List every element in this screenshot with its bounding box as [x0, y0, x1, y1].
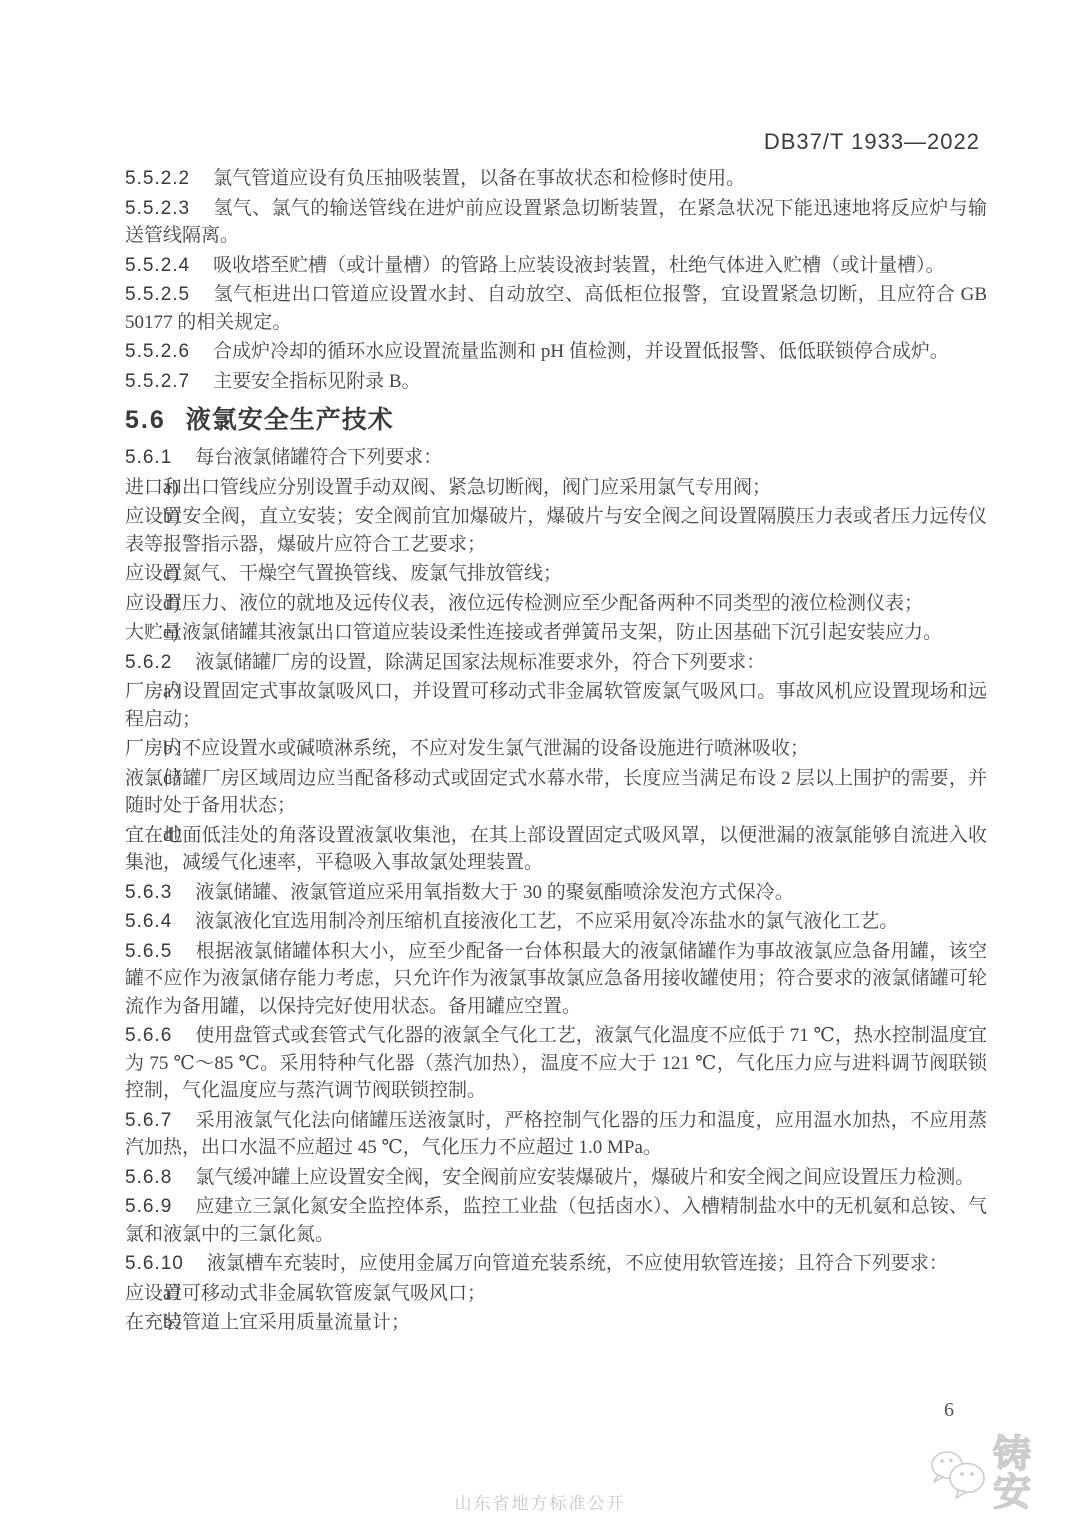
- list-item-b: b）厂房内不应设置水或碱喷淋系统，不应对发生氯气泄漏的设备设施进行喷淋吸收；: [125, 735, 987, 763]
- list-marker: b): [163, 503, 181, 531]
- clause-number: 5.5.2.5: [125, 284, 190, 305]
- list-item-text: 宜在地面低洼处的角落设置液氯收集池，在其上部设置固定式吸风罩，以便泄漏的液氯能够…: [125, 825, 987, 874]
- clause-text: 氢气柜进出口管道应设置水封、自动放空、高低柜位报警，宜设置紧急切断，且应符合 G…: [125, 284, 987, 333]
- clause-text: 应建立三氯化氮安全监控体系，监控工业盐（包括卤水）、入槽精制盐水中的无机氨和总铵…: [125, 1196, 987, 1245]
- list-item-b: b）在充装管道上宜采用质量流量计；: [125, 1309, 987, 1337]
- clause-5-6-1: 5.6.1每台液氯储罐符合下列要求：: [125, 444, 987, 472]
- list-marker: a）: [163, 678, 192, 706]
- watermark-logo: 铸安: [925, 1443, 1065, 1505]
- clause-5-6-6: 5.6.6使用盘管式或套管式气化器的液氯全气化工艺，液氯气化温度不应低于 71 …: [125, 1022, 987, 1105]
- list-item-text: 厂房内不应设置水或碱喷淋系统，不应对发生氯气泄漏的设备设施进行喷淋吸收；: [125, 738, 809, 759]
- clause-number: 5.6.1: [125, 447, 172, 468]
- clause-5-6-8: 5.6.8氯气缓冲罐上应设置安全阀，安全阀前应安装爆破片，爆破片和安全阀之间应设…: [125, 1164, 987, 1192]
- clause-number: 5.6.10: [125, 1253, 184, 1274]
- clause-text: 液氯槽车充装时，应使用金属万向管道充装系统，不应使用软管连接；且符合下列要求：: [207, 1253, 948, 1274]
- clause-number: 5.5.2.3: [125, 198, 190, 219]
- clause-5-6-2: 5.6.2液氯储罐厂房的设置，除满足国家法规标准要求外，符合下列要求：: [125, 649, 987, 677]
- clause-5-5-2-4: 5.5.2.4吸收塔至贮槽（或计量槽）的管路上应装设液封装置，杜绝气体进入贮槽（…: [125, 252, 987, 280]
- clause-text: 合成炉冷却的循环水应设置流量监测和 pH 值检测，并设置低报警、低低联锁停合成炉…: [213, 341, 949, 362]
- list-marker: a）: [163, 1280, 192, 1308]
- clause-5-6-4: 5.6.4液氯液化宜选用制冷剂压缩机直接液化工艺，不应采用氨冷冻盐水的氯气液化工…: [125, 908, 987, 936]
- clause-number: 5.6.8: [125, 1167, 172, 1188]
- clause-5-5-2-2: 5.5.2.2氯气管道应设有负压抽吸装置，以备在事故状态和检修时使用。: [125, 165, 987, 193]
- list-item-a: a)进口和出口管线应分别设置手动双阀、紧急切断阀，阀门应采用氯气专用阀；: [125, 474, 987, 502]
- clause-5-6-10: 5.6.10液氯槽车充装时，应使用金属万向管道充装系统，不应使用软管连接；且符合…: [125, 1250, 987, 1278]
- list-item-c: c）液氯储罐厂房区域周边应当配备移动式或固定式水幕水带，长度应当满足布设 2 层…: [125, 765, 987, 820]
- list-marker: b）: [163, 735, 194, 763]
- list-item-e: e)大贮量液氯储罐其液氯出口管道应装设柔性连接或者弹簧吊支架，防止因基础下沉引起…: [125, 619, 987, 647]
- list-marker: e): [163, 619, 180, 647]
- chat-bubbles-icon: [925, 1445, 989, 1503]
- section-title: 液氯安全生产技术: [186, 406, 394, 434]
- clause-5-6-9: 5.6.9应建立三氯化氮安全监控体系，监控工业盐（包括卤水）、入槽精制盐水中的无…: [125, 1193, 987, 1248]
- list-item-c: c)应设置氮气、干燥空气置换管线、废氯气排放管线；: [125, 560, 987, 588]
- clause-text: 每台液氯储罐符合下列要求：: [195, 447, 442, 468]
- clause-number: 5.6.7: [125, 1110, 172, 1131]
- list-item-a: a）厂房内设置固定式事故氯吸风口，并设置可移动式非金属软管废氯气吸风口。事故风机…: [125, 678, 987, 733]
- clause-number: 5.6.5: [125, 941, 172, 962]
- list-item-text: 应设置氮气、干燥空气置换管线、废氯气排放管线；: [125, 563, 562, 584]
- list-marker: a): [163, 474, 180, 502]
- clause-number: 5.6.4: [125, 911, 172, 932]
- clause-number: 5.6.2: [125, 652, 172, 673]
- clause-text: 根据液氯储罐体积大小，应至少配备一台体积最大的液氯储罐作为事故液氯应急备用罐，该…: [125, 941, 987, 1017]
- list-item-d: d）宜在地面低洼处的角落设置液氯收集池，在其上部设置固定式吸风罩，以便泄漏的液氯…: [125, 822, 987, 877]
- list-marker: c）: [163, 765, 192, 793]
- clause-number: 5.6.6: [125, 1025, 172, 1046]
- list-item-d: d)应设置压力、液位的就地及远传仪表，液位远传检测应至少配备两种不同类型的液位检…: [125, 590, 987, 618]
- clause-text: 吸收塔至贮槽（或计量槽）的管路上应装设液封装置，杜绝气体进入贮槽（或计量槽）。: [213, 255, 945, 276]
- clause-5-6-7: 5.6.7采用液氯气化法向储罐压送液氯时，严格控制气化器的压力和温度，应用温水加…: [125, 1107, 987, 1162]
- list-item-text: 进口和出口管线应分别设置手动双阀、紧急切断阀，阀门应采用氯气专用阀；: [125, 477, 771, 498]
- clause-5-5-2-7: 5.5.2.7主要安全指标见附录 B。: [125, 368, 987, 396]
- clause-number: 5.5.2.2: [125, 168, 190, 189]
- list-item-b: b)应设置安全阀，直立安装；安全阀前宜加爆破片，爆破片与安全阀之间设置隔膜压力表…: [125, 503, 987, 558]
- list-item-a: a）应设置可移动式非金属软管废氯气吸风口；: [125, 1280, 987, 1308]
- list-marker: d): [163, 590, 181, 618]
- list-item-text: 应设置压力、液位的就地及远传仪表，液位远传检测应至少配备两种不同类型的液位检测仪…: [125, 593, 923, 614]
- clause-text: 氯气管道应设有负压抽吸装置，以备在事故状态和检修时使用。: [213, 168, 745, 189]
- clause-number: 5.6.9: [125, 1196, 172, 1217]
- clause-5-6-3: 5.6.3液氯储罐、液氯管道应采用氧指数大于 30 的聚氨酯喷涂发泡方式保冷。: [125, 879, 987, 907]
- clause-5-6-5: 5.6.5根据液氯储罐体积大小，应至少配备一台体积最大的液氯储罐作为事故液氯应急…: [125, 938, 987, 1021]
- footer-disclosure: 山东省地方标准公开: [0, 1489, 1080, 1514]
- clause-text: 氯气缓冲罐上应设置安全阀，安全阀前应安装爆破片，爆破片和安全阀之间应设置压力检测…: [195, 1167, 974, 1188]
- clause-5-5-2-3: 5.5.2.3氢气、氯气的输送管线在进炉前应设置紧急切断装置，在紧急状况下能迅速…: [125, 195, 987, 250]
- list-item-text: 应设置安全阀，直立安装；安全阀前宜加爆破片，爆破片与安全阀之间设置隔膜压力表或者…: [125, 506, 987, 555]
- list-marker: c): [163, 560, 180, 588]
- document-body: 5.5.2.2氯气管道应设有负压抽吸装置，以备在事故状态和检修时使用。 5.5.…: [125, 165, 987, 1337]
- clause-number: 5.5.2.4: [125, 255, 190, 276]
- clause-text: 液氯储罐、液氯管道应采用氧指数大于 30 的聚氨酯喷涂发泡方式保冷。: [195, 882, 794, 903]
- clause-text: 氢气、氯气的输送管线在进炉前应设置紧急切断装置，在紧急状况下能迅速地将反应炉与输…: [125, 198, 987, 247]
- section-number: 5.6: [125, 406, 166, 434]
- clause-text: 主要安全指标见附录 B。: [213, 371, 420, 392]
- clause-number: 5.5.2.7: [125, 371, 190, 392]
- clause-text: 液氯液化宜选用制冷剂压缩机直接液化工艺，不应采用氨冷冻盐水的氯气液化工艺。: [195, 911, 898, 932]
- list-item-text: 大贮量液氯储罐其液氯出口管道应装设柔性连接或者弹簧吊支架，防止因基础下沉引起安装…: [125, 622, 942, 643]
- clause-text: 使用盘管式或套管式气化器的液氯全气化工艺，液氯气化温度不应低于 71 ℃，热水控…: [125, 1025, 987, 1101]
- page-number: 6: [944, 1399, 954, 1422]
- document-page: DB37/T 1933—2022 5.5.2.2氯气管道应设有负压抽吸装置，以备…: [0, 0, 1080, 1527]
- list-item-text: 厂房内设置固定式事故氯吸风口，并设置可移动式非金属软管废氯气吸风口。事故风机应设…: [125, 681, 987, 730]
- clause-5-5-2-6: 5.5.2.6合成炉冷却的循环水应设置流量监测和 pH 值检测，并设置低报警、低…: [125, 338, 987, 366]
- clause-number: 5.6.3: [125, 882, 172, 903]
- watermark-text: 铸安: [993, 1436, 1065, 1512]
- list-marker: d）: [163, 822, 194, 850]
- clause-text: 液氯储罐厂房的设置，除满足国家法规标准要求外，符合下列要求：: [195, 652, 765, 673]
- clause-number: 5.5.2.6: [125, 341, 190, 362]
- clause-5-5-2-5: 5.5.2.5氢气柜进出口管道应设置水封、自动放空、高低柜位报警，宜设置紧急切断…: [125, 281, 987, 336]
- section-heading-5-6: 5.6液氯安全生产技术: [125, 405, 987, 435]
- list-item-text: 液氯储罐厂房区域周边应当配备移动式或固定式水幕水带，长度应当满足布设 2 层以上…: [125, 768, 987, 817]
- list-marker: b）: [163, 1309, 194, 1337]
- clause-text: 采用液氯气化法向储罐压送液氯时，严格控制气化器的压力和温度，应用温水加热，不应用…: [125, 1110, 987, 1159]
- header-doc-code: DB37/T 1933—2022: [764, 129, 980, 155]
